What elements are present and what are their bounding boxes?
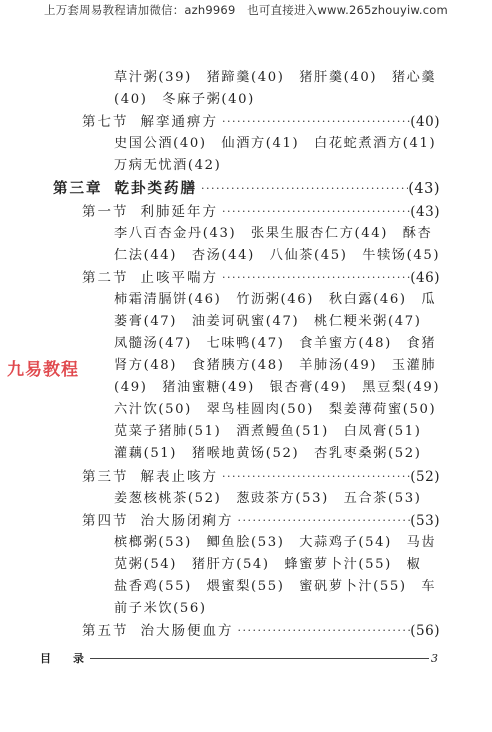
recipe-line: 仁法(44) 杏汤(44) 八仙茶(45) 牛犊饧(45) (114, 245, 440, 267)
chapter-label: 第三章 (53, 178, 103, 200)
watermark-logo: 九易教程 (7, 355, 79, 380)
page-footer: 目 录 3 (40, 651, 438, 665)
leader-dots: ········································… (218, 201, 410, 223)
section-label: 第五节 (82, 620, 129, 642)
toc-entry-section-5[interactable]: 第五节 治大肠便血方 ·····························… (82, 620, 440, 642)
section-title: 治大肠闭痢方 (129, 510, 234, 532)
section-label: 第四节 (82, 510, 129, 532)
recipe-line: 草汁粥(39) 猪蹄羹(40) 猪肝羹(40) 猪心羹 (114, 67, 436, 89)
leader-dots: ········································… (218, 267, 410, 289)
recipe-line: 李八百杏金丹(43) 张果生服杏仁方(44) 酥杏 (114, 223, 432, 245)
section-title: 解表止咳方 (129, 466, 219, 488)
page-number: (43) (410, 201, 440, 223)
toc-entry-section-2[interactable]: 第二节 止咳平喘方 ······························… (82, 267, 440, 289)
recipe-line: 六汁饮(50) 翠鸟桂圆肉(50) 梨姜薄荷蜜(50) (114, 399, 436, 421)
page-number: (56) (410, 620, 440, 642)
page-number: (46) (410, 267, 440, 289)
page-number: (53) (410, 510, 440, 532)
section-title: 止咳平喘方 (129, 267, 219, 289)
recipe-line: 盐香鸡(55) 煨蜜梨(55) 蜜矾萝卜汁(55) 车 (114, 576, 436, 598)
page-number: (52) (410, 466, 440, 488)
recipe-line: (40) 冬麻子粥(40) (114, 89, 255, 111)
recipe-line: 凤髓汤(47) 七味鸭(47) 食羊蜜方(48) 食猪 (114, 333, 436, 355)
toc-entry-chapter-3[interactable]: 第三章 乾卦类药膳 ······························… (53, 178, 440, 200)
recipe-line: 槟榔粥(53) 鲫鱼脍(53) 大蒜鸡子(54) 马齿 (114, 532, 436, 554)
recipe-line: 苋粥(54) 猪肝方(54) 蜂蜜萝卜汁(55) 椒 (114, 554, 421, 576)
section-title: 利肺延年方 (129, 201, 219, 223)
page-number: (40) (410, 111, 440, 133)
footer-page-number: 3 (431, 652, 438, 665)
footer-rule (90, 658, 429, 659)
recipe-line: 灌藕(51) 猪喉地黄饧(52) 杏乳枣桑粥(52) (114, 443, 421, 465)
section-label: 第七节 (82, 111, 129, 133)
section-label: 第三节 (82, 466, 129, 488)
watermark-banner: 上万套周易教程请加微信：azh9969 也可直接进入www.265zhouyiw… (0, 2, 492, 18)
recipe-line: 前子米饮(56) (114, 598, 207, 620)
leader-dots: ········································… (234, 510, 411, 532)
recipe-line: 蒌膏(47) 油姜诃矾蜜(47) 桃仁粳米粥(47) (114, 311, 421, 333)
recipe-line: 柿霜清膈饼(46) 竹沥粥(46) 秋白露(46) 瓜 (114, 289, 436, 311)
leader-dots: ········································… (218, 111, 410, 133)
leader-dots: ········································… (234, 620, 411, 642)
chapter-title: 乾卦类药膳 (103, 178, 198, 200)
leader-dots: ········································… (197, 178, 408, 200)
toc-entry-section-3[interactable]: 第三节 解表止咳方 ······························… (82, 466, 440, 488)
running-head: 目 录 (40, 650, 84, 666)
leader-dots: ········································… (218, 466, 410, 488)
recipe-line: 肾方(48) 食猪胰方(48) 羊肺汤(49) 玉灌肺 (114, 355, 436, 377)
page-number: (43) (408, 178, 440, 200)
section-label: 第一节 (82, 201, 129, 223)
section-label: 第二节 (82, 267, 129, 289)
recipe-line: 苋菜子猪肺(51) 酒煮鳗鱼(51) 白凤膏(51) (114, 421, 421, 443)
toc-entry-section-7[interactable]: 第七节 解挛通痹方 ······························… (82, 111, 440, 133)
recipe-line: 万病无忧酒(42) (114, 155, 221, 177)
recipe-line: 史国公酒(40) 仙酒方(41) 白花蛇煮酒方(41) (114, 133, 436, 155)
toc-entry-section-1[interactable]: 第一节 利肺延年方 ······························… (82, 201, 440, 223)
section-title: 解挛通痹方 (129, 111, 219, 133)
section-title: 治大肠便血方 (129, 620, 234, 642)
recipe-line: 姜葱核桃茶(52) 葱豉茶方(53) 五合茶(53) (114, 488, 421, 510)
recipe-line: (49) 猪油蜜糖(49) 银杏膏(49) 黑豆梨(49) (114, 377, 440, 399)
toc-entry-section-4[interactable]: 第四节 治大肠闭痢方 ·····························… (82, 510, 440, 532)
